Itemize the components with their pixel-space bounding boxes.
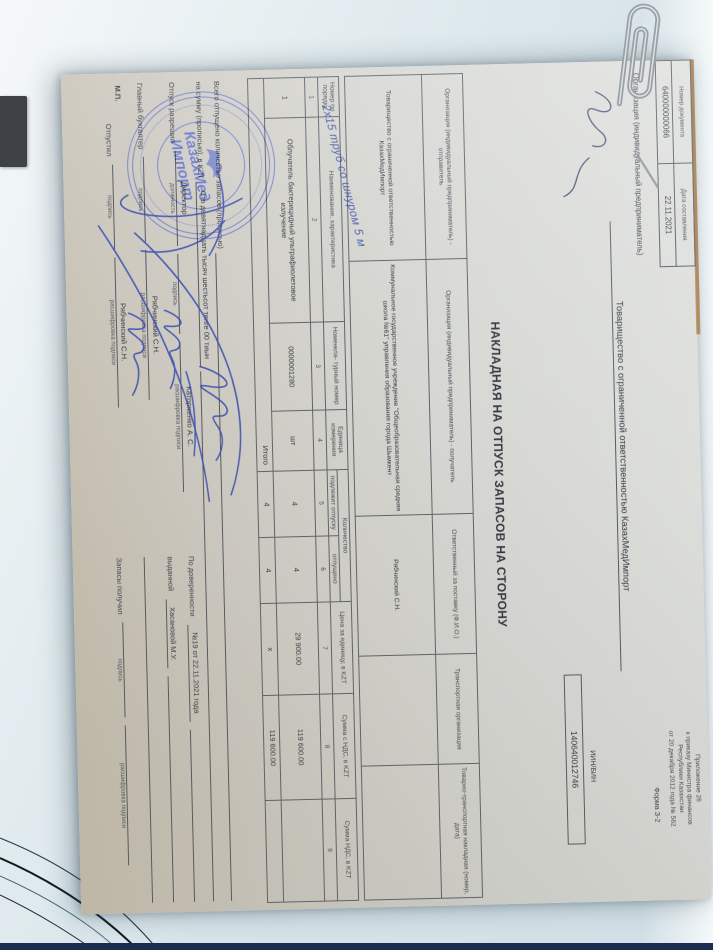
col-header-qty-due: подлежит отпуску <box>327 470 339 536</box>
sign-stack: подпись <box>136 157 157 242</box>
parties-table: Организация (индивидуальный предпринимат… <box>344 73 483 901</box>
form-code: Форма З-2 <box>652 787 661 822</box>
sign-hint: подпись <box>137 188 145 212</box>
parties-header-sender: Организация (индивидуальный предпринимат… <box>421 74 467 260</box>
org-name: Товарищество с ограниченной ответственно… <box>610 221 634 671</box>
chief-accountant-label: Главный бухгалтер <box>134 83 144 150</box>
sum-words-value: Сто девятнадцать тысяч шестьсот тенге 00… <box>196 183 211 367</box>
sign-stack: подпись <box>105 164 126 249</box>
proxy-label: По доверенности <box>186 556 196 617</box>
item-name: Облучатель бактерицидный ультрафиолетово… <box>264 117 310 323</box>
parties-value-transport <box>359 654 439 766</box>
col-header-price: Цена за единицу, в KZT <box>330 601 353 693</box>
chief-accountant-row: Главный бухгалтер подпись Рябчинский С.Н… <box>134 83 164 548</box>
col-header-qty-released: отпущено <box>328 536 340 602</box>
bottom-navy-bar <box>0 943 713 950</box>
screenshot-root: { "doc": { "annex": ["Приложение 26", "к… <box>0 0 713 950</box>
decode-stack: расшифровка подписи <box>118 725 140 865</box>
parties-header-responsible: Ответственный за поставку (Ф.И.О.) <box>432 513 476 654</box>
col-num: 5 <box>314 470 329 536</box>
total-sum-with-vat: 119 600.00 <box>262 695 281 800</box>
released-name: Рябчинский С.Н. <box>118 299 128 366</box>
col-header-sum-with-vat: Сумма с НДС, в KZT <box>332 693 356 798</box>
decode-stack: Рябчинский С.Н. расшифровка подписи <box>107 257 130 407</box>
col-header-nomenclature: Номенкла- турный номер <box>323 321 346 409</box>
item-nomenclature: 0000001280 <box>269 322 312 411</box>
iin-bin-label: ИИН/БИН <box>587 750 596 782</box>
issued-row: выданной Хасановой М.У. <box>165 556 184 902</box>
col-num: 6 <box>315 536 330 602</box>
sign-stack: подпись <box>115 622 136 717</box>
proxy-row: По доверенности №19 от 22.11.2021 года <box>186 556 205 902</box>
blank-row <box>144 557 162 903</box>
blank-line <box>168 676 184 902</box>
sign-stack: подпись <box>170 253 191 333</box>
signature-space <box>181 288 190 298</box>
sign-hint: подпись <box>116 658 124 682</box>
document-photo: Приложение 26 к приказу Министра финансо… <box>61 59 711 914</box>
col-num: 8 <box>319 694 335 799</box>
annex-block: Приложение 26 к приказу Министра финансо… <box>664 670 704 886</box>
total-words-label: Всего отпущено количество запасов (пропи… <box>211 81 224 249</box>
parties-value-ttn <box>361 764 441 900</box>
director-name: Каторженко А. С. <box>184 382 194 451</box>
total-qty-released: 4 <box>259 537 277 603</box>
release-allowed-label: Отпуск разрешил <box>166 82 176 143</box>
parties-header-transport: Транспортная организация <box>436 653 480 764</box>
item-vat <box>281 799 324 902</box>
parties-value-receiver: Коммунальное государственное учреждение … <box>349 259 432 516</box>
issued-value: Хасановой М.У. <box>166 599 178 668</box>
col-header-vat: Сумма НДС, в KZT <box>335 798 359 900</box>
release-allowed-row: Отпуск разрешил Директор должность подпи… <box>166 82 196 547</box>
col-num: 7 <box>317 602 332 694</box>
total-qty-due: 4 <box>257 471 275 537</box>
released-label: Отпустил <box>104 124 113 157</box>
decode-stack: Рябчинский С.Н. расшифровка подписи <box>138 250 161 400</box>
director-position: Директор <box>179 177 189 218</box>
item-qty-released: 4 <box>275 536 318 603</box>
received-row: Запасы получил подпись расшифровка подпи… <box>114 557 141 903</box>
parties-header-ttn: Товарно-транспортная накладная (номер, д… <box>438 763 482 898</box>
item-number: 1 <box>263 77 305 118</box>
total-vat <box>265 800 283 902</box>
doc-date-label: Дата составления <box>674 163 696 266</box>
sum-words-label: на сумму (прописью), в KZT <box>194 81 205 179</box>
item-unit: шт <box>271 410 313 471</box>
col-num: 3 <box>310 322 325 410</box>
accountant-name: Рябчинский С.Н. <box>150 292 160 359</box>
form-title: НАКЛАДНАЯ НА ОТПУСК ЗАПАСОВ НА СТОРОНУ <box>485 214 511 734</box>
released-row: Отпустил подпись Рябчинский С.Н. расшифр… <box>103 83 133 548</box>
blank-line <box>144 557 162 903</box>
item-qty-due: 4 <box>273 470 316 537</box>
doc-date-value: 22.11.2021 <box>658 163 677 266</box>
col-header-unit: Единица измерения <box>325 409 348 469</box>
signature-space <box>147 194 156 204</box>
position-hint: должность <box>169 183 177 214</box>
sign-hint: подпись <box>105 195 113 219</box>
signature-space <box>127 665 136 675</box>
signature-space <box>116 201 125 211</box>
parties-header-receiver: Организация (индивидуальный предпринимат… <box>426 258 473 514</box>
signature-section: Отпуск разрешил Директор должность подпи… <box>102 82 205 904</box>
side-tab <box>0 96 27 167</box>
blank-line <box>190 729 204 901</box>
parties-value-responsible: Рябчинский С.Н. <box>355 514 435 656</box>
received-label: Запасы получил <box>114 558 124 615</box>
position-stack: Директор должность <box>168 151 189 246</box>
item-sum-with-vat: 119 600.00 <box>278 694 322 800</box>
col-num: 1 <box>304 77 318 117</box>
mp-seal-label: М.П. <box>112 85 121 101</box>
col-num: 9 <box>322 799 337 901</box>
paperclip-icon <box>604 0 678 116</box>
col-num: 4 <box>312 410 326 470</box>
sign-hint: подпись <box>171 282 179 306</box>
signature-right-column: По доверенности №19 от 22.11.2021 года в… <box>114 546 206 904</box>
decode-stack: Каторженко А. С. расшифровка подписи <box>173 341 196 491</box>
waybill-form: Приложение 26 к приказу Министра финансо… <box>61 59 711 914</box>
signature-space <box>130 790 139 800</box>
item-price: 29 900.00 <box>276 602 319 695</box>
issued-label: выданной <box>165 556 174 591</box>
signature-left-column: Отпуск разрешил Директор должность подпи… <box>102 82 196 548</box>
proxy-value: №19 от 22.11.2021 года <box>188 624 201 721</box>
total-price-x: х <box>260 603 278 695</box>
iin-bin-value: 140640012746 <box>564 674 586 844</box>
